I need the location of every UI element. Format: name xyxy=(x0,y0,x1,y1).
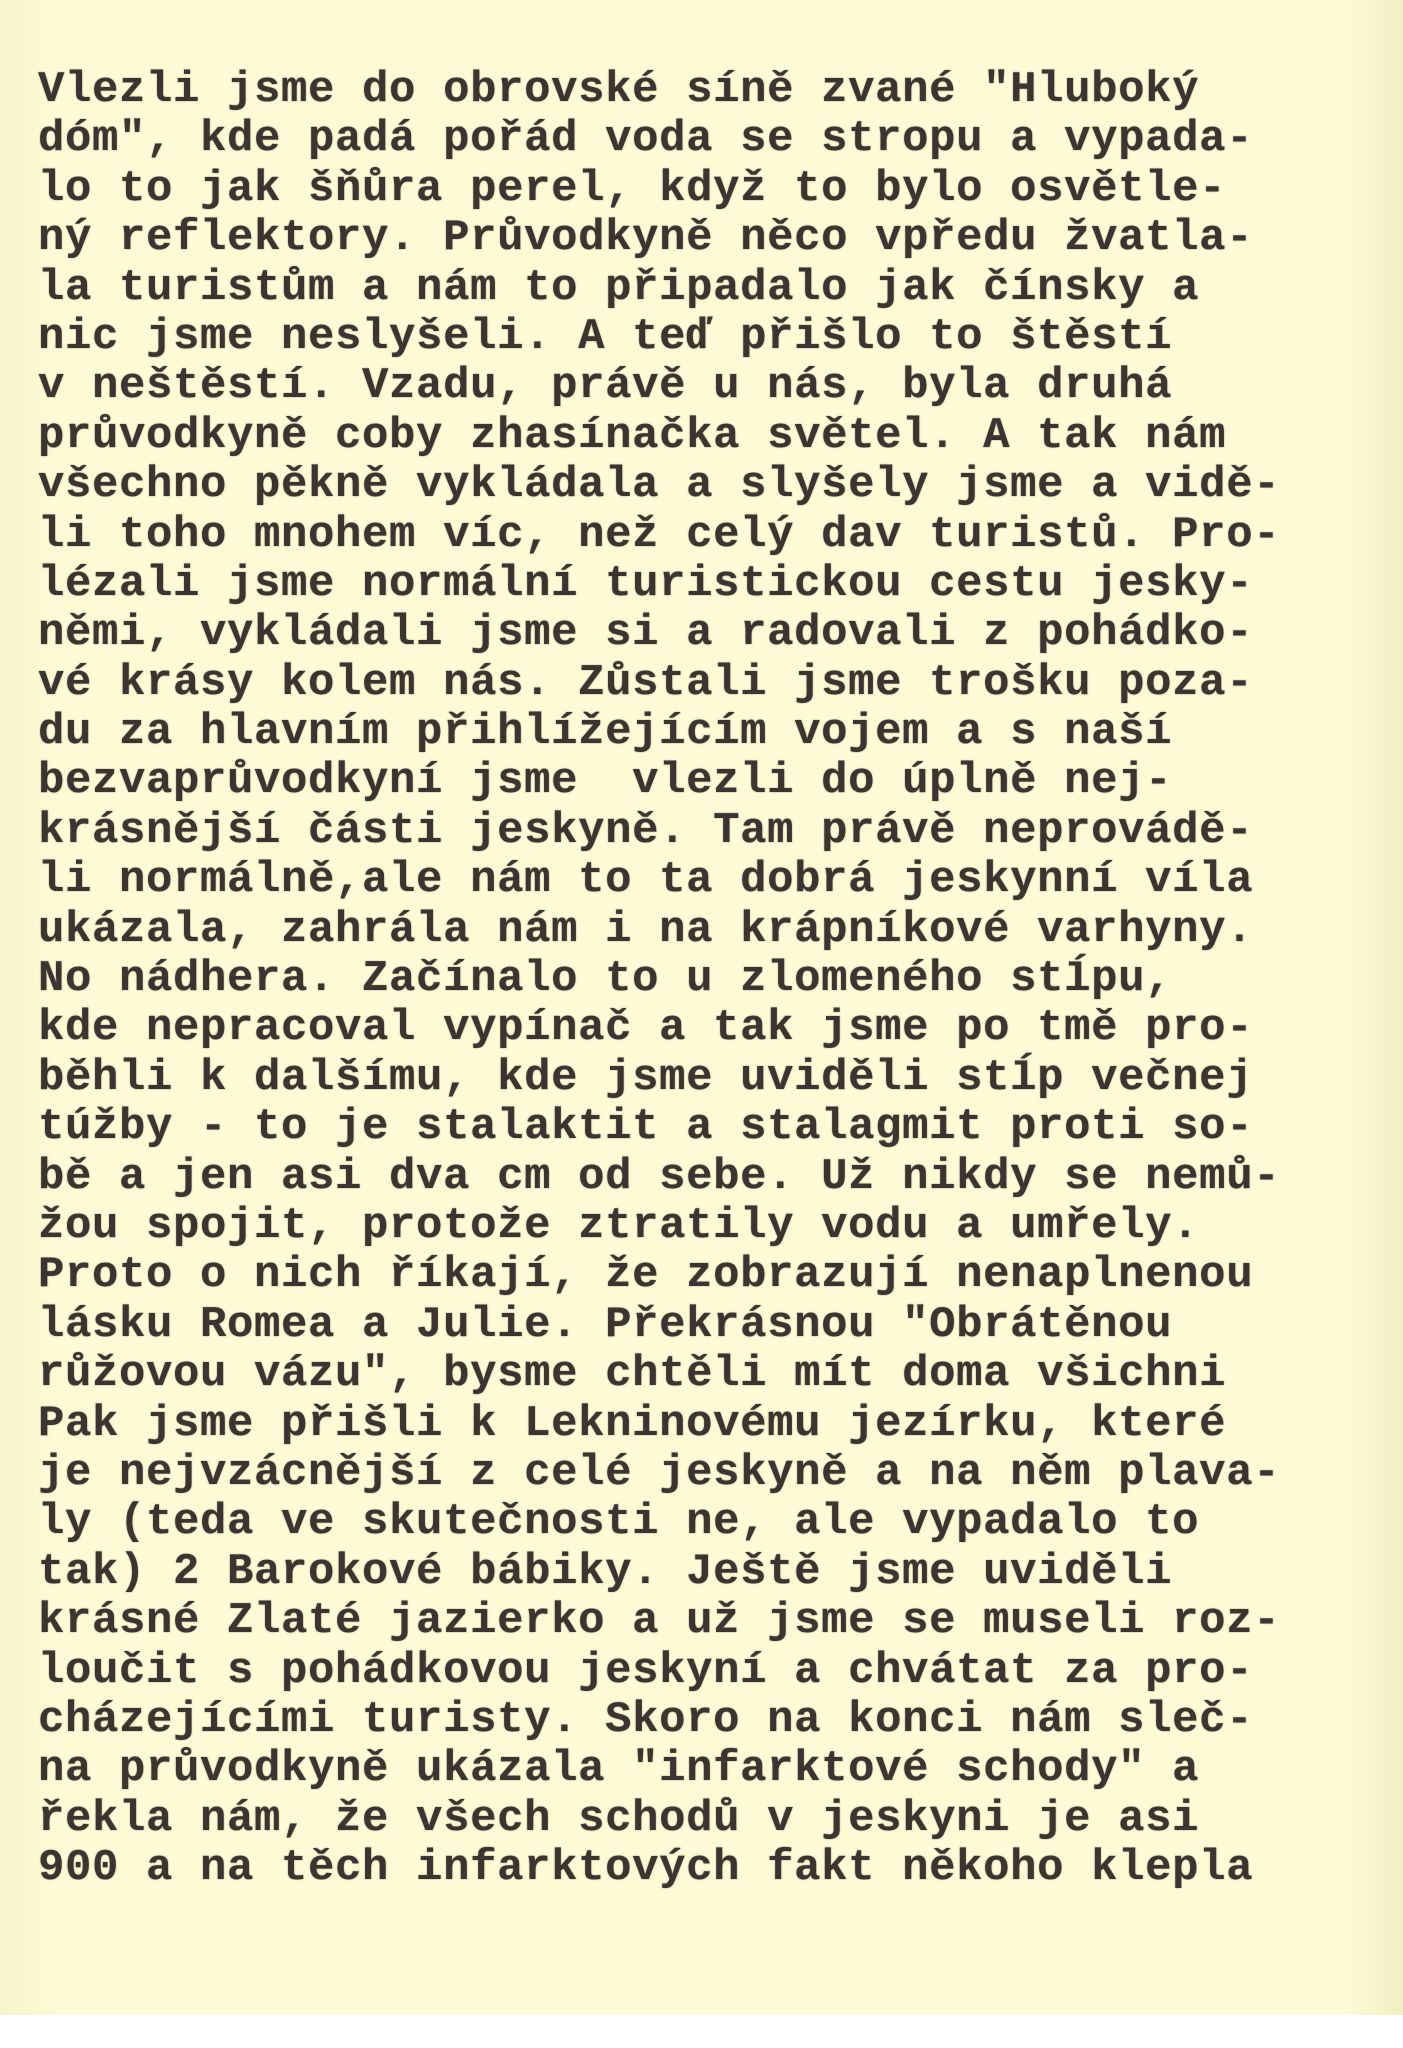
text-line: bě a jen asi dva cm od sebe. Už nikdy se… xyxy=(38,1153,1378,1202)
text-line: ly (teda ve skutečnosti ne, ale vypadalo… xyxy=(38,1498,1378,1547)
text-line: vé krásy kolem nás. Zůstali jsme trošku … xyxy=(38,659,1378,708)
text-line: krásné Zlaté jazierko a už jsme se musel… xyxy=(38,1597,1378,1646)
text-line: růžovou vázu", bysme chtěli mít doma vši… xyxy=(38,1350,1378,1399)
paper-sheet: Vlezli jsme do obrovské síně zvané "Hlub… xyxy=(0,0,1403,2015)
text-line: všechno pěkně vykládala a slyšely jsme a… xyxy=(38,461,1378,510)
text-line: lézali jsme normální turistickou cestu j… xyxy=(38,560,1378,609)
text-line: ukázala, zahrála nám i na krápníkové var… xyxy=(38,906,1378,955)
text-line: kde nepracoval vypínač a tak jsme po tmě… xyxy=(38,1004,1378,1053)
text-line: dóm", kde padá pořád voda se stropu a vy… xyxy=(38,115,1378,164)
typewritten-text: Vlezli jsme do obrovské síně zvané "Hlub… xyxy=(38,66,1378,1893)
text-line: běhli k dalšímu, kde jsme uviděli stĺp v… xyxy=(38,1054,1378,1103)
text-line: Pak jsme přišli k Lekninovému jezírku, k… xyxy=(38,1400,1378,1449)
text-line: cházejícími turisty. Skoro na konci nám … xyxy=(38,1696,1378,1745)
text-line: Proto o nich říkají, že zobrazují nenapl… xyxy=(38,1251,1378,1300)
text-line: la turistům a nám to připadalo jak čínsk… xyxy=(38,264,1378,313)
text-line: túžby - to je stalaktit a stalagmit prot… xyxy=(38,1103,1378,1152)
text-line: tak) 2 Barokové bábiky. Ještě jsme uvidě… xyxy=(38,1548,1378,1597)
text-line: krásnější části jeskyně. Tam právě nepro… xyxy=(38,807,1378,856)
text-line: No nádhera. Začínalo to u zlomeného stĺp… xyxy=(38,955,1378,1004)
text-line: žou spojit, protože ztratily vodu a umře… xyxy=(38,1202,1378,1251)
text-line: li toho mnohem víc, než celý dav turistů… xyxy=(38,511,1378,560)
text-line: ný reflektory. Průvodkyně něco vpředu žv… xyxy=(38,214,1378,263)
text-line: průvodkyně coby zhasínačka světel. A tak… xyxy=(38,412,1378,461)
text-line: bezvaprůvodkyní jsme vlezli do úplně nej… xyxy=(38,757,1378,806)
text-line: na průvodkyně ukázala "infarktové schody… xyxy=(38,1745,1378,1794)
text-line: loučit s pohádkovou jeskyní a chvátat za… xyxy=(38,1647,1378,1696)
text-line: lásku Romea a Julie. Překrásnou "Obrátěn… xyxy=(38,1301,1378,1350)
text-line: du za hlavním přihlížejícím vojem a s na… xyxy=(38,708,1378,757)
text-line: je nejvzácnější z celé jeskyně a na něm … xyxy=(38,1449,1378,1498)
text-line: v neštěstí. Vzadu, právě u nás, byla dru… xyxy=(38,362,1378,411)
text-line: řekla nám, že všech schodů v jeskyni je … xyxy=(38,1795,1378,1844)
text-line: Vlezli jsme do obrovské síně zvané "Hlub… xyxy=(38,66,1378,115)
text-line: lo to jak šňůra perel, když to bylo osvě… xyxy=(38,165,1378,214)
text-line: nic jsme neslyšeli. A teď přišlo to štěs… xyxy=(38,313,1378,362)
text-line: li normálně,ale nám to ta dobrá jeskynní… xyxy=(38,856,1378,905)
text-line: němi, vykládali jsme si a radovali z poh… xyxy=(38,609,1378,658)
text-line: 900 a na těch infarktových fakt někoho k… xyxy=(38,1844,1378,1893)
